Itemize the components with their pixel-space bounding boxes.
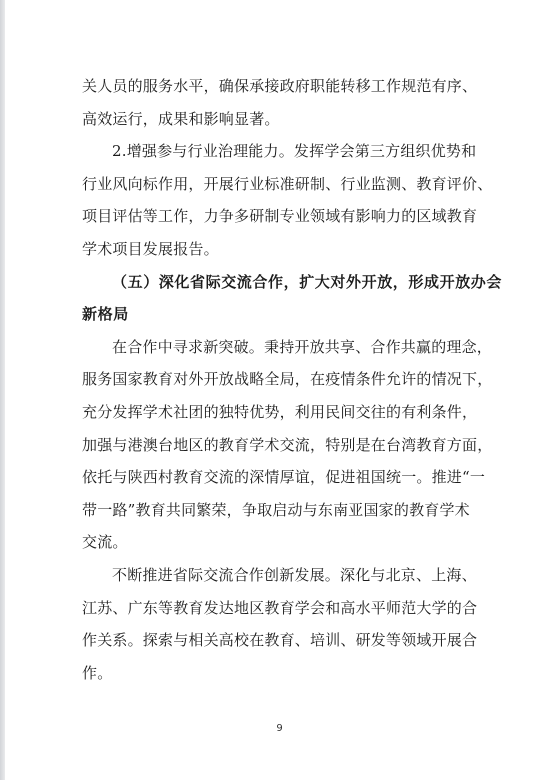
document-page: 关人员的服务水平，确保承接政府职能转移工作规范有序、 高效运行，成果和影响显著。… — [0, 0, 559, 780]
text-line: 带一路”教育共同繁荣，争取启动与东南亚国家的教育学术 — [82, 494, 470, 527]
text-line: 不断推进省际交流合作创新发展。深化与北京、上海、 — [82, 559, 470, 592]
text-line: 作关系。探索与相关高校在教育、培训、研发等领域开展合 — [82, 624, 470, 657]
text-line: 交流。 — [82, 526, 470, 559]
text-line: 项目评估等工作，力争多研制专业领域有影响力的区域教育 — [82, 200, 470, 233]
document-body: 关人员的服务水平，确保承接政府职能转移工作规范有序、 高效运行，成果和影响显著。… — [82, 70, 470, 689]
text-line: 行业风向标作用，开展行业标准研制、行业监测、教育评价、 — [82, 168, 470, 201]
text-line: 加强与港澳台地区的教育学术交流，特别是在台湾教育方面， — [82, 429, 470, 462]
text-line: 在合作中寻求新突破。秉持开放共享、合作共赢的理念， — [82, 331, 470, 364]
section-heading-line: （五）深化省际交流合作，扩大对外开放，形成开放办会 — [82, 266, 470, 299]
text-line: 作。 — [82, 657, 470, 690]
text-line: 2.增强参与行业治理能力。发挥学会第三方组织优势和 — [82, 135, 470, 168]
text-line: 关人员的服务水平，确保承接政府职能转移工作规范有序、 — [82, 70, 470, 103]
text-line: 高效运行，成果和影响显著。 — [82, 103, 470, 136]
text-line: 依托与陕西村教育交流的深情厚谊，促进祖国统一。推进“一 — [82, 461, 470, 494]
text-line: 服务国家教育对外开放战略全局，在疫情条件允许的情况下， — [82, 363, 470, 396]
text-line: 学术项目发展报告。 — [82, 233, 470, 266]
page-edge-shadow — [0, 0, 5, 780]
text-line: 江苏、广东等教育发达地区教育学会和高水平师范大学的合 — [82, 592, 470, 625]
text-line: 充分发挥学术社团的独特优势，利用民间交往的有利条件， — [82, 396, 470, 429]
page-number: 9 — [0, 722, 559, 736]
section-heading-line: 新格局 — [82, 298, 470, 331]
